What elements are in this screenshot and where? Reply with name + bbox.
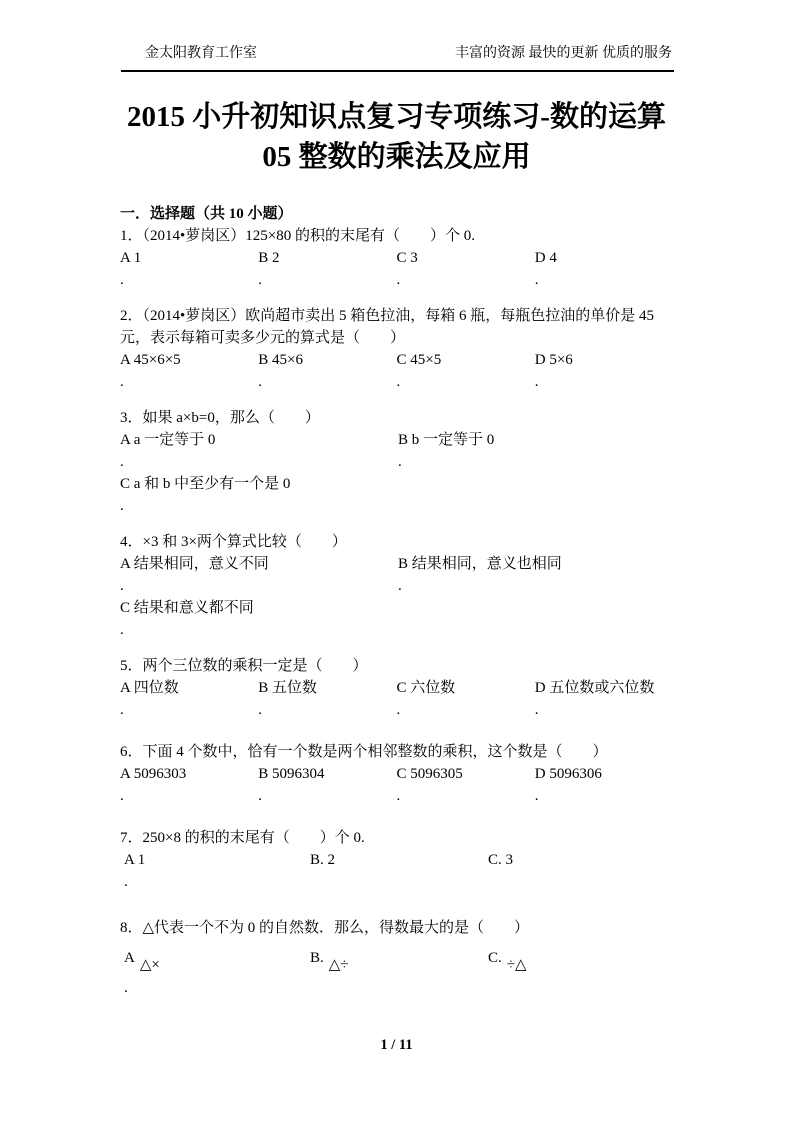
option-label: D 五位数或六位数 [535, 677, 673, 699]
option-dot: . [535, 699, 673, 721]
question-4-stem: 4．×3 和 3×两个算式比较（ ） [120, 531, 673, 553]
question-1-option-c: C 3 . [397, 247, 535, 291]
option-dot: . [124, 977, 310, 999]
page-footer: 1 / 11 [0, 1036, 793, 1054]
question-1-option-d: D 4 . [535, 247, 673, 291]
option-label: D 5096306 [535, 763, 673, 785]
question-5-stem: 5．两个三位数的乘积一定是（ ） [120, 655, 673, 677]
divide-triangle-formula: ÷△ [507, 954, 527, 976]
page-title-line2: 05 整数的乘法及应用 [120, 137, 673, 177]
option-dot: . [120, 575, 398, 597]
question-4-options-row2: C 结果和意义都不同 . [120, 597, 673, 641]
page-number: 1 / 11 [380, 1037, 412, 1053]
question-2-stem: 2．（2014•萝岗区）欧尚超市卖出 5 箱色拉油，每箱 6 瓶，每瓶色拉油的单… [120, 305, 673, 349]
option-label: C 5096305 [397, 763, 535, 785]
option-label: C 3 [397, 247, 535, 269]
option-dot: . [397, 371, 535, 393]
option-dot: . [124, 871, 310, 893]
option-label: B 45×6 [258, 349, 396, 371]
option-dot: . [120, 699, 258, 721]
question-7-stem: 7．250×8 的积的末尾有（ ）个 0. [120, 827, 673, 849]
option-dot: . [397, 269, 535, 291]
option-dot: . [397, 699, 535, 721]
document-page: 金太阳教育工作室 丰富的资源 最快的更新 优质的服务 2015 小升初知识点复习… [0, 0, 793, 1122]
question-3-option-a: A a 一定等于 0 . [120, 429, 398, 473]
option-label: C. 3 [488, 849, 673, 871]
question-8-option-c: C.÷△ [488, 947, 673, 999]
option-dot: . [398, 451, 673, 473]
question-6-option-c: C 5096305 . [397, 763, 535, 807]
question-7: 7．250×8 的积的末尾有（ ）个 0. A 1 . B. 2 C. 3 [120, 827, 673, 893]
option-label: C 结果和意义都不同 [120, 597, 673, 619]
question-3-stem: 3．如果 a×b=0，那么（ ） [120, 407, 673, 429]
question-8-option-b: B.△÷ [310, 947, 488, 999]
document-body: 2015 小升初知识点复习专项练习-数的运算 05 整数的乘法及应用 一．选择题… [120, 97, 673, 999]
question-4-option-a: A 结果相同，意义不同 . [120, 553, 398, 597]
option-label: C 45×5 [397, 349, 535, 371]
question-3-options-row2: C a 和 b 中至少有一个是 0 . [120, 473, 673, 517]
question-4-option-b: B 结果相同，意义也相同 . [398, 553, 673, 597]
option-label: B 结果相同，意义也相同 [398, 553, 673, 575]
option-dot: . [120, 785, 258, 807]
option-label: A 5096303 [120, 763, 258, 785]
option-label: A 四位数 [120, 677, 258, 699]
question-8: 8．△代表一个不为 0 的自然数．那么，得数最大的是（ ） A△× . B.△÷… [120, 917, 673, 999]
section-heading: 一．选择题（共 10 小题） [120, 203, 673, 225]
question-2-options: A 45×6×5 . B 45×6 . C 45×5 . D 5×6 . [120, 349, 673, 393]
option-label: A 1 [120, 247, 258, 269]
option-label: A [124, 950, 135, 966]
option-expression: B.△÷ [310, 947, 488, 977]
question-4-option-c: C 结果和意义都不同 . [120, 597, 673, 641]
option-dot: . [258, 269, 396, 291]
option-dot: . [258, 785, 396, 807]
question-6: 6．下面 4 个数中，恰有一个数是两个相邻整数的乘积，这个数是（ ） A 509… [120, 741, 673, 807]
page-header: 金太阳教育工作室 丰富的资源 最快的更新 优质的服务 [121, 45, 674, 72]
question-2-option-b: B 45×6 . [258, 349, 396, 393]
option-dot: . [120, 269, 258, 291]
option-dot: . [258, 371, 396, 393]
option-dot: . [120, 371, 258, 393]
option-dot: . [535, 371, 673, 393]
option-dot: . [397, 785, 535, 807]
question-5-option-c: C 六位数 . [397, 677, 535, 721]
question-5-option-d: D 五位数或六位数 . [535, 677, 673, 721]
question-5-option-b: B 五位数 . [258, 677, 396, 721]
header-right-text: 丰富的资源 最快的更新 优质的服务 [455, 45, 674, 62]
question-1: 1．（2014•萝岗区）125×80 的积的末尾有（ ）个 0. A 1 . B… [120, 225, 673, 291]
question-6-option-d: D 5096306 . [535, 763, 673, 807]
option-label: B 2 [258, 247, 396, 269]
question-8-stem: 8．△代表一个不为 0 的自然数．那么，得数最大的是（ ） [120, 917, 673, 939]
question-7-option-a: A 1 . [124, 849, 310, 893]
option-label: A 结果相同，意义不同 [120, 553, 398, 575]
option-dot: . [398, 575, 673, 597]
triangle-times-formula: △× [140, 954, 160, 976]
option-label: B 5096304 [258, 763, 396, 785]
question-6-option-b: B 5096304 . [258, 763, 396, 807]
question-2: 2．（2014•萝岗区）欧尚超市卖出 5 箱色拉油，每箱 6 瓶，每瓶色拉油的单… [120, 305, 673, 393]
question-5-option-a: A 四位数 . [120, 677, 258, 721]
question-6-options: A 5096303 . B 5096304 . C 5096305 . D 50… [120, 763, 673, 807]
option-dot: . [120, 495, 673, 517]
option-dot: . [535, 269, 673, 291]
question-3-option-c: C a 和 b 中至少有一个是 0 . [120, 473, 673, 517]
option-dot: . [535, 785, 673, 807]
question-2-option-d: D 5×6 . [535, 349, 673, 393]
question-2-option-a: A 45×6×5 . [120, 349, 258, 393]
question-6-stem: 6．下面 4 个数中，恰有一个数是两个相邻整数的乘积，这个数是（ ） [120, 741, 673, 763]
triangle-divide-formula: △÷ [329, 954, 349, 976]
header-left-text: 金太阳教育工作室 [121, 45, 257, 62]
question-3-option-b: B b 一定等于 0 . [398, 429, 673, 473]
question-1-stem: 1．（2014•萝岗区）125×80 的积的末尾有（ ）个 0. [120, 225, 673, 247]
page-title-line1: 2015 小升初知识点复习专项练习-数的运算 [120, 97, 673, 137]
page-title: 2015 小升初知识点复习专项练习-数的运算 05 整数的乘法及应用 [120, 97, 673, 177]
option-label: A a 一定等于 0 [120, 429, 398, 451]
option-label: A 1 [124, 849, 310, 871]
question-8-options: A△× . B.△÷ C.÷△ [120, 947, 673, 999]
option-dot: . [120, 451, 398, 473]
question-4-options-row1: A 结果相同，意义不同 . B 结果相同，意义也相同 . [120, 553, 673, 597]
question-7-option-b: B. 2 [310, 849, 488, 893]
option-label: D 5×6 [535, 349, 673, 371]
option-label: A 45×6×5 [120, 349, 258, 371]
option-label: D 4 [535, 247, 673, 269]
option-dot: . [120, 619, 673, 641]
question-2-option-c: C 45×5 . [397, 349, 535, 393]
option-label: B. 2 [310, 849, 488, 871]
option-label: B. [310, 950, 324, 966]
option-dot: . [258, 699, 396, 721]
option-expression: C.÷△ [488, 947, 673, 977]
question-5: 5．两个三位数的乘积一定是（ ） A 四位数 . B 五位数 . C 六位数 .… [120, 655, 673, 721]
question-5-options: A 四位数 . B 五位数 . C 六位数 . D 五位数或六位数 . [120, 677, 673, 721]
question-8-option-a: A△× . [124, 947, 310, 999]
option-label: C a 和 b 中至少有一个是 0 [120, 473, 673, 495]
option-label: B 五位数 [258, 677, 396, 699]
question-7-option-c: C. 3 [488, 849, 673, 893]
question-1-option-a: A 1 . [120, 247, 258, 291]
option-label: C 六位数 [397, 677, 535, 699]
question-3: 3．如果 a×b=0，那么（ ） A a 一定等于 0 . B b 一定等于 0… [120, 407, 673, 517]
question-7-options: A 1 . B. 2 C. 3 [120, 849, 673, 893]
question-1-option-b: B 2 . [258, 247, 396, 291]
question-1-options: A 1 . B 2 . C 3 . D 4 . [120, 247, 673, 291]
option-expression: A△× [124, 947, 310, 977]
question-6-option-a: A 5096303 . [120, 763, 258, 807]
option-label: C. [488, 950, 502, 966]
option-label: B b 一定等于 0 [398, 429, 673, 451]
question-3-options-row1: A a 一定等于 0 . B b 一定等于 0 . [120, 429, 673, 473]
question-4: 4．×3 和 3×两个算式比较（ ） A 结果相同，意义不同 . B 结果相同，… [120, 531, 673, 641]
